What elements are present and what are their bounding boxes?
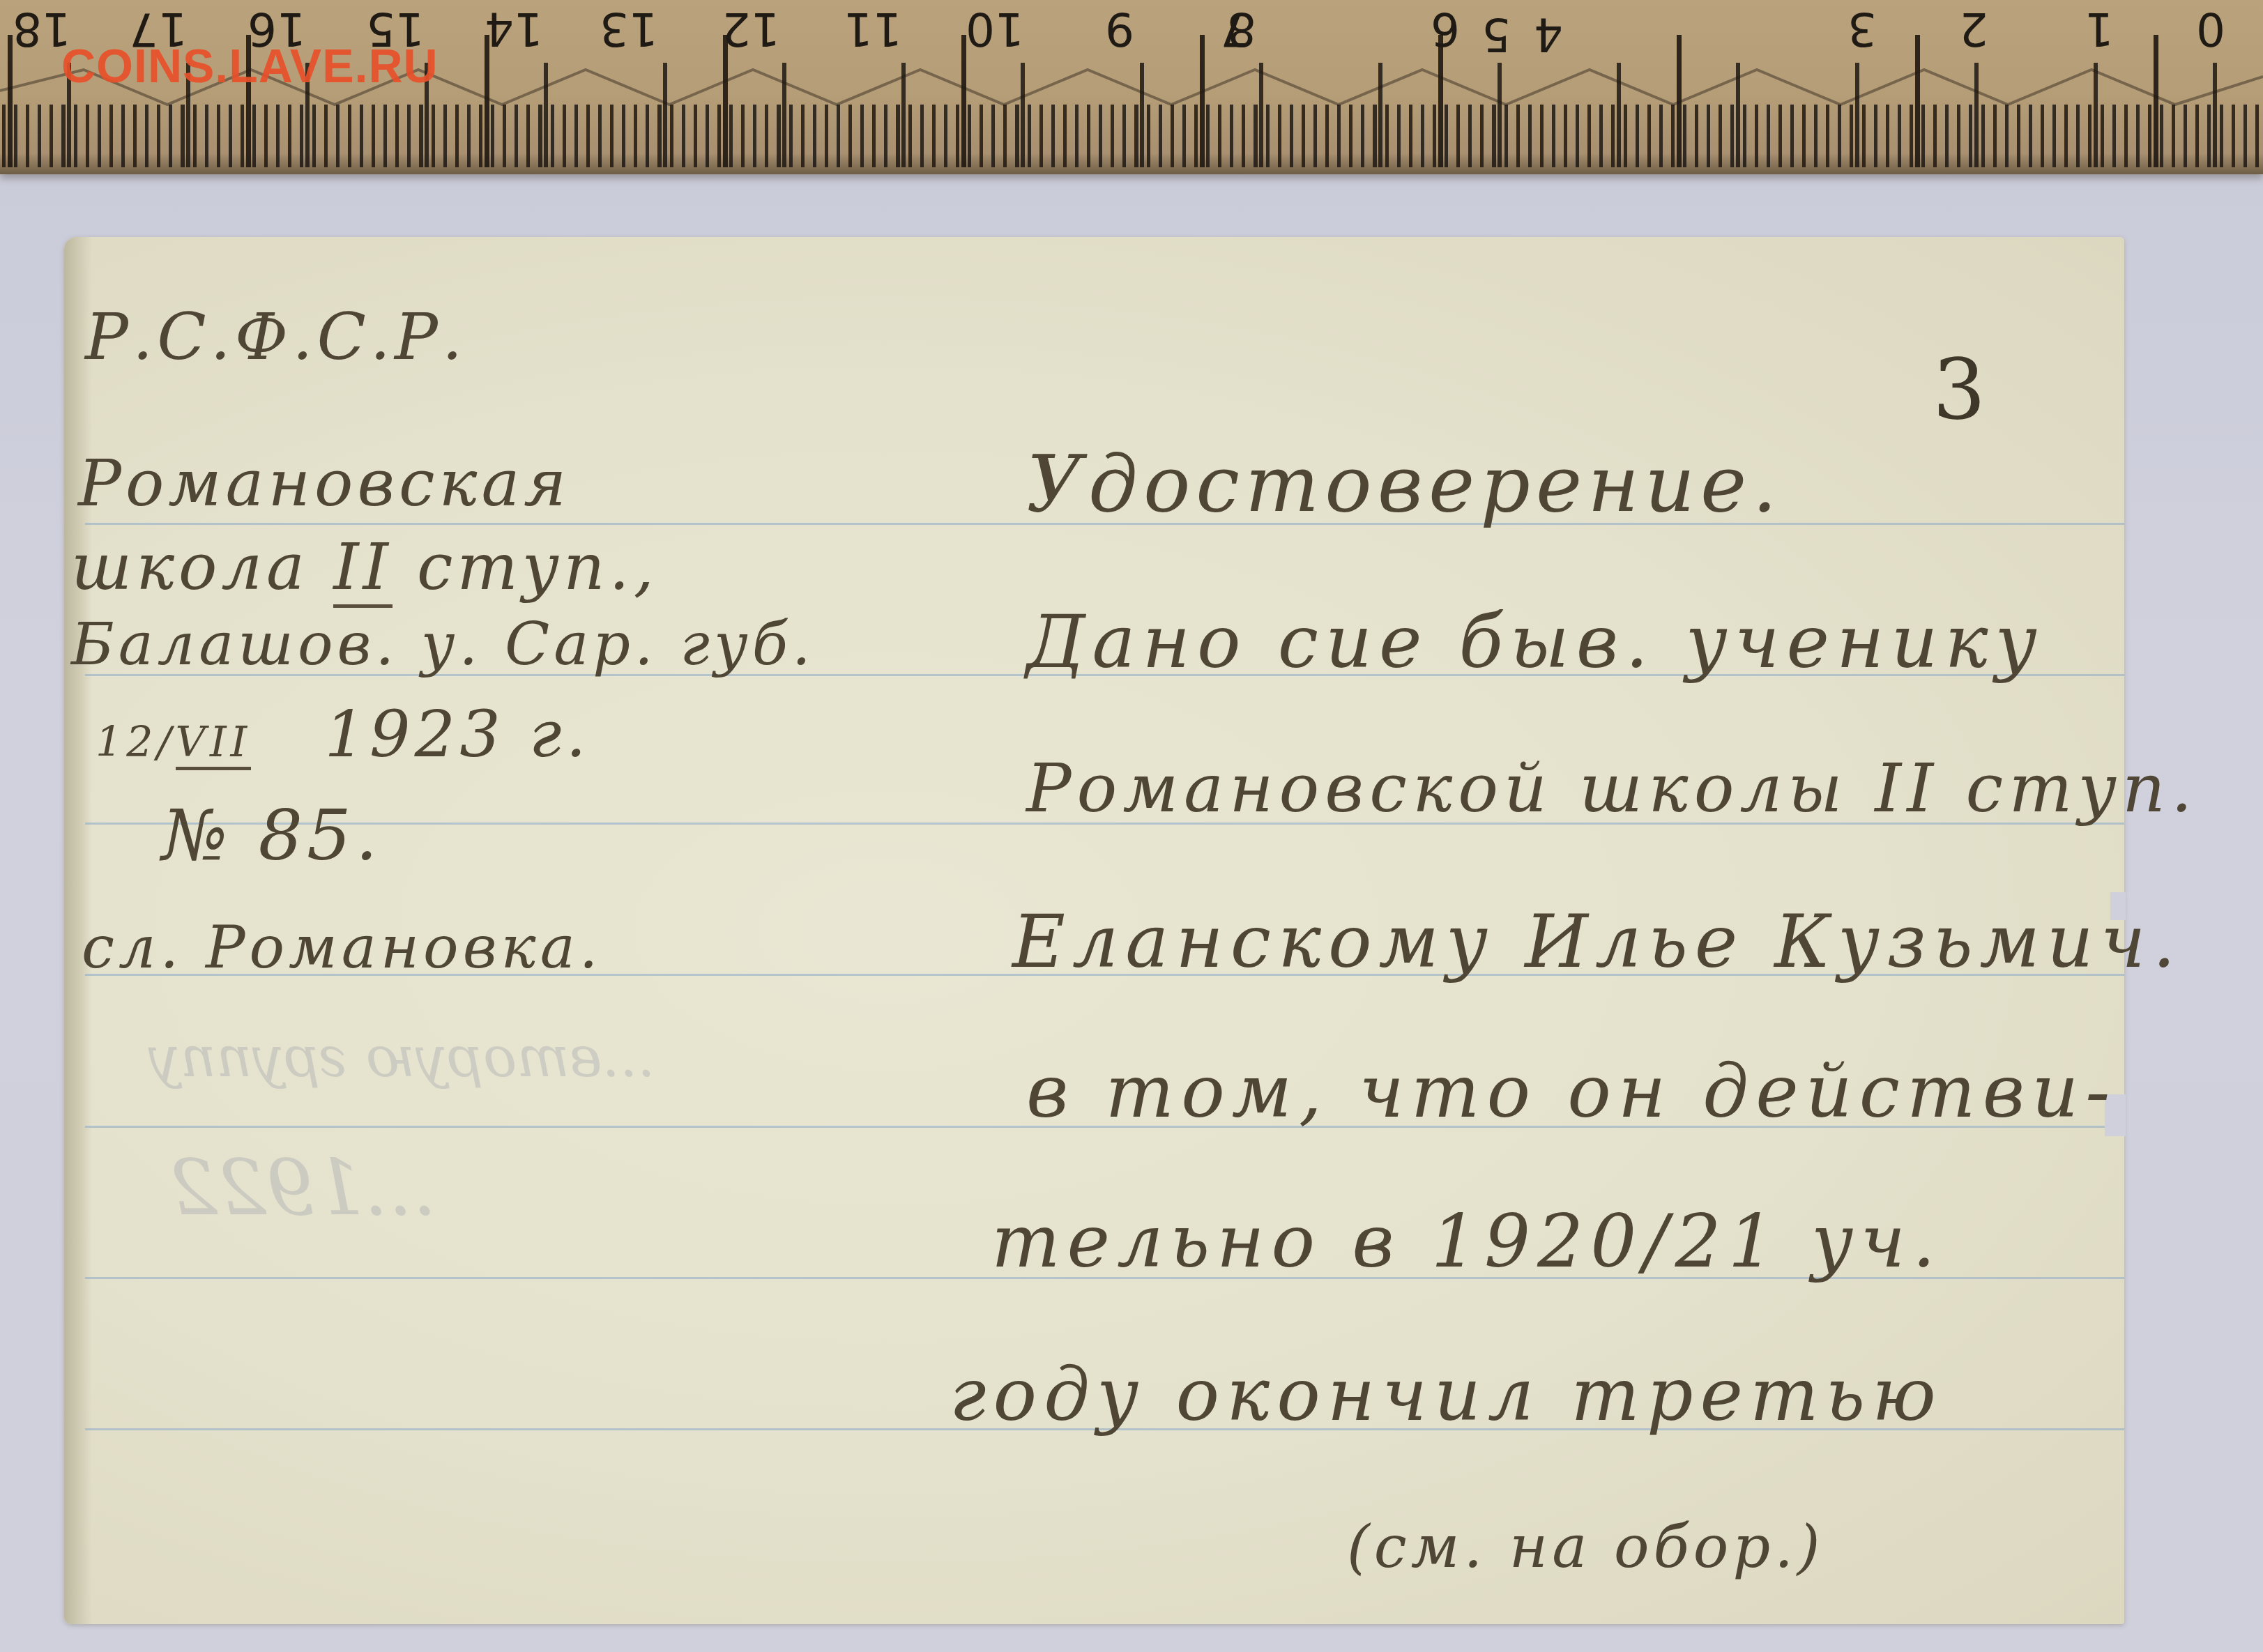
grade-roman-numeral: II (333, 530, 393, 608)
ruler-number-1: 1 (2085, 6, 2114, 52)
header-school-name: Романовская (78, 446, 570, 521)
body-line-6: году окончил третью (950, 1352, 1943, 1437)
ruler-number-6: 6 (1431, 6, 1460, 52)
document-number: № 85. (162, 795, 381, 876)
watermark: COINS.LAVE.RU (61, 39, 439, 93)
body-line-3: Еланскому Илье Кузьмич. (1012, 899, 2182, 984)
reverse-bleedthrough-text: ...1922 (169, 1143, 437, 1232)
page-mark: 3 (1933, 342, 1990, 438)
ruler-number-13: 13 (600, 6, 658, 52)
header-date: 12/VII 1923 г. (96, 697, 590, 772)
header-school-grade: школа II ступ., (71, 530, 658, 604)
ruler: 0 1 2 3 4 5 6 7 8 9 10 11 12 13 14 15 16… (0, 0, 2263, 174)
ruler-number-9: 9 (1105, 6, 1134, 52)
ruler-number-2: 2 (1959, 6, 1988, 52)
certificate-paper: ...вторую группу ...1922 Р.С.Ф.С.Р. Рома… (64, 237, 2124, 1624)
ruler-number-12: 12 (722, 6, 780, 52)
ruler-number-8: 8 (1227, 6, 1256, 52)
body-line-5: тельно в 1920/21 уч. (991, 1199, 1942, 1284)
ruler-number-11: 11 (844, 6, 902, 52)
reverse-bleedthrough-text: ...вторую группу (148, 1025, 655, 1089)
body-line-2: Романовской школы II ступ. (1026, 749, 2197, 827)
ruler-number-14: 14 (485, 6, 543, 52)
footer-see-reverse-note: (см. на обор.) (1347, 1513, 1824, 1581)
body-line-1: Дано сие быв. ученику (1026, 599, 2044, 684)
certificate-title: Удостоверение. (1026, 439, 1783, 530)
header-village: сл. Романовка. (82, 913, 602, 981)
header-district: Балашов. у. Сар. губ. (71, 610, 815, 678)
header-rsfsr: Р.С.Ф.С.Р. (85, 300, 466, 374)
ruler-number-3: 3 (1847, 6, 1877, 52)
ruler-number-10: 10 (966, 6, 1024, 52)
body-line-4: в том, что он действи- (1026, 1049, 2117, 1134)
ruler-number-5: 5 (1481, 11, 1511, 57)
ruler-number-4: 4 (1534, 11, 1563, 57)
ruler-number-0: 0 (2196, 6, 2225, 52)
